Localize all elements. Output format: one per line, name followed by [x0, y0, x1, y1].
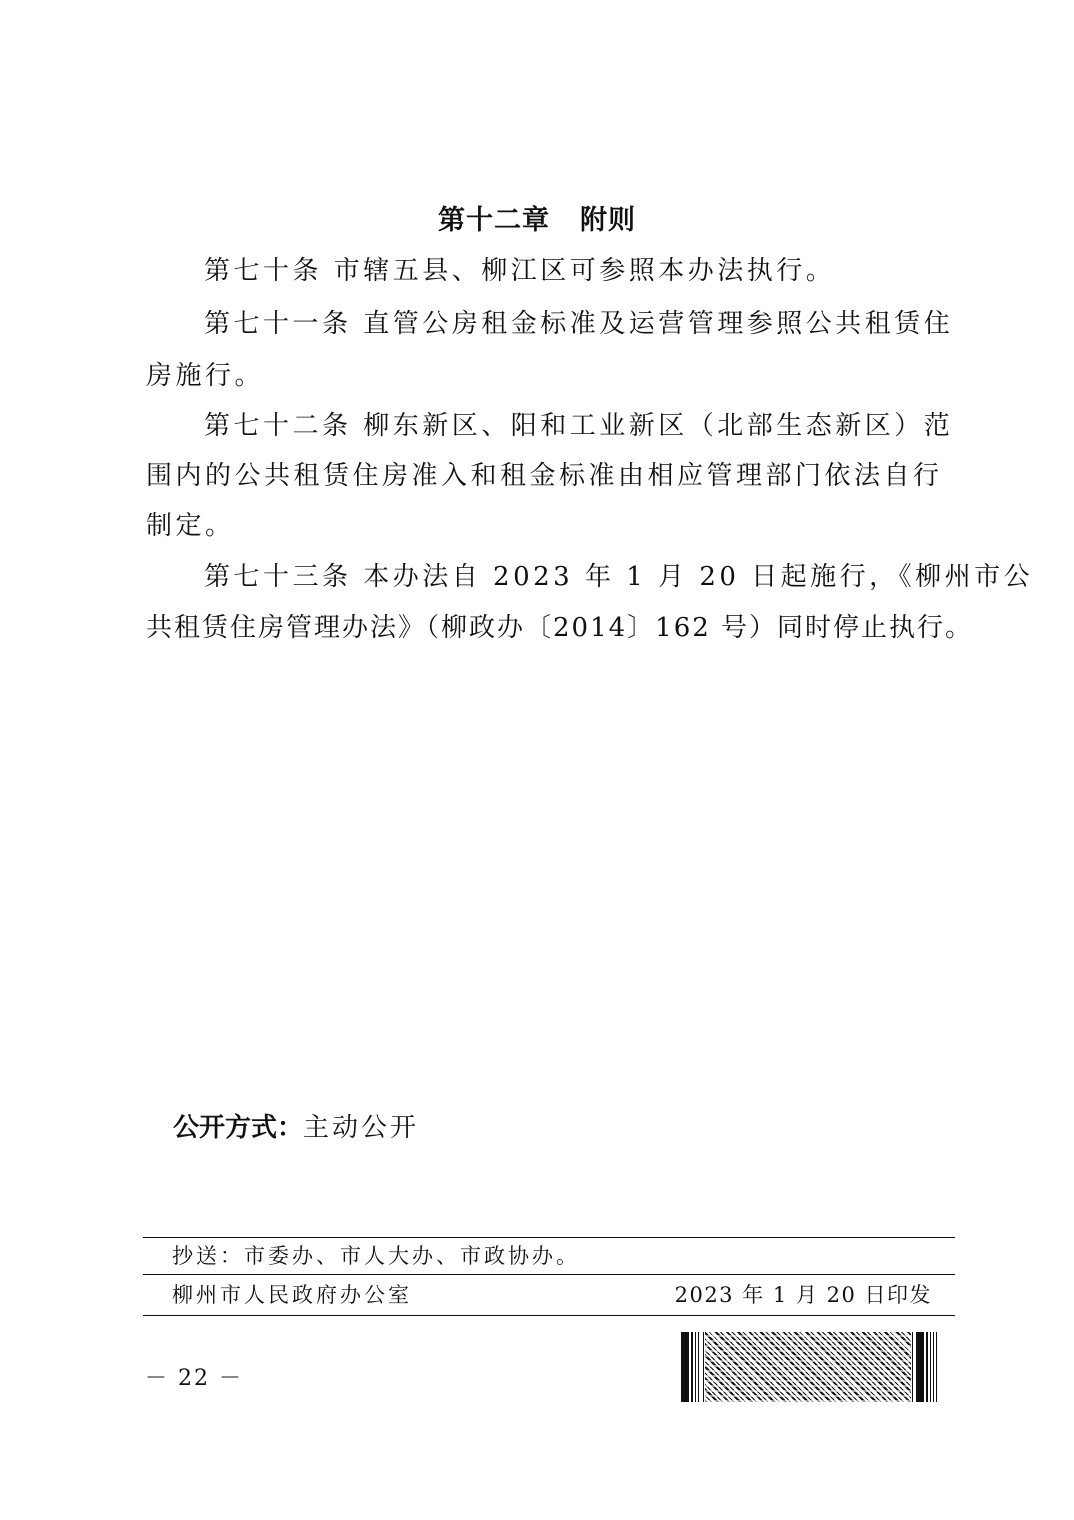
- chapter-title: 附则: [580, 205, 636, 236]
- cc-line: 抄送：市委办、市人大办、市政协办。: [172, 1240, 580, 1273]
- barcode-start-pattern: [681, 1332, 703, 1402]
- pdf417-barcode-icon: [681, 1332, 939, 1402]
- footer-rule-top: [143, 1237, 955, 1238]
- article-text: 房施行。: [146, 361, 264, 391]
- chapter-number: 第十二章: [438, 205, 550, 236]
- chapter-heading: 第十二章附则: [0, 201, 1074, 241]
- article-text: 柳东新区、阳和工业新区（北部生态新区）范: [363, 411, 953, 441]
- barcode-data-area: [705, 1332, 911, 1402]
- article-label: 第七十一条: [204, 309, 352, 339]
- article-label: 第七十条: [204, 256, 322, 286]
- article-label: 第七十三条: [204, 562, 352, 592]
- footer-rule-bottom: [143, 1315, 955, 1316]
- article-label: 第七十二条: [204, 411, 352, 441]
- article-text: 制定。: [146, 511, 235, 541]
- article-text: 本办法自 2023 年 1 月 20 日起施行，《柳州市公: [363, 562, 1033, 592]
- page-number: － 22 －: [145, 1364, 243, 1394]
- article-70: 第七十条 市辖五县、柳江区可参照本办法执行。: [146, 241, 942, 301]
- article-text: 围内的公共租赁住房准入和租金标准由相应管理部门依法自行: [146, 461, 943, 491]
- article-text: 市辖五县、柳江区可参照本办法执行。: [334, 256, 836, 286]
- issue-date: 2023 年 1 月 20 日印发: [675, 1277, 932, 1313]
- article-73-line-2: 共租赁住房管理办法》（柳政办〔2014〕162 号）同时停止执行。: [146, 598, 942, 658]
- article-text: 直管公房租金标准及运营管理参照公共租赁住: [363, 309, 953, 339]
- disclosure-label: 公开方式：: [173, 1113, 303, 1143]
- article-text: 共租赁住房管理办法》（柳政办〔2014〕162 号）同时停止执行。: [146, 613, 973, 643]
- barcode-stop-pattern: [913, 1332, 939, 1402]
- disclosure-line: 公开方式：主动公开: [173, 1108, 419, 1148]
- disclosure-value: 主动公开: [303, 1113, 419, 1143]
- footer-rule-middle: [143, 1274, 955, 1275]
- issuer-line: 柳州市人民政府办公室: [172, 1277, 412, 1313]
- article-71-line-1: 第七十一条 直管公房租金标准及运营管理参照公共租赁住: [146, 294, 942, 354]
